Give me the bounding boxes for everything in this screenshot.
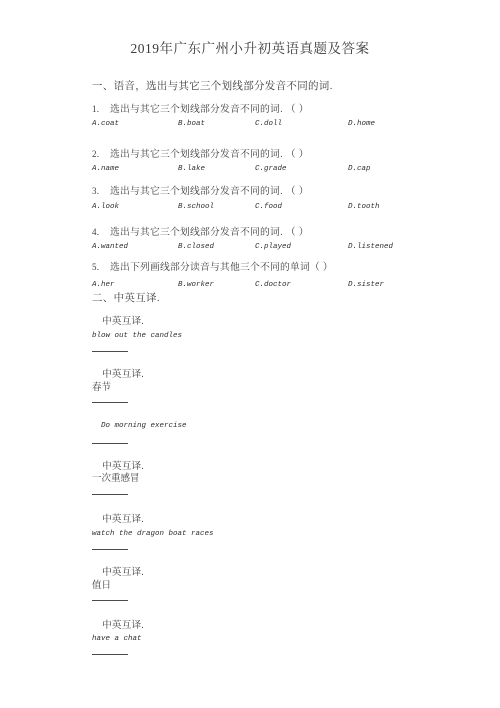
- question-4-line: 4.选出与其它三个划线部分发音不同的词. （ ）: [92, 227, 309, 238]
- option-a: A.wanted: [92, 243, 178, 252]
- option-d: D.listened: [348, 243, 482, 252]
- translation-phrase-zh: 春节: [92, 383, 111, 394]
- translation-phrase-en: Do morning exercise: [101, 422, 187, 431]
- option-c: C.doll: [255, 120, 348, 129]
- question-4-number: 4.: [92, 227, 110, 237]
- option-a: A.coat: [92, 120, 178, 129]
- question-1-number: 1.: [92, 104, 110, 114]
- question-3-number: 3.: [92, 186, 110, 196]
- question-4-prompt: 选出与其它三个划线部分发音不同的词. （ ）: [110, 227, 309, 238]
- question-3-options: A.look B.school C.food D.tooth: [92, 203, 482, 212]
- answer-blank-line: [92, 351, 128, 352]
- answer-blank-line: [92, 443, 128, 444]
- option-c: C.food: [255, 203, 348, 212]
- translation-label: 中英互译.: [102, 514, 144, 525]
- section2-heading: 二、中英互译.: [92, 292, 160, 304]
- question-1-options: A.coat B.boat C.doll D.home: [92, 120, 482, 129]
- option-d: D.sister: [348, 281, 482, 290]
- question-1-line: 1.选出与其它三个划线部分发音不同的词. （ ）: [92, 104, 309, 115]
- question-2-options: A.name B.lake C.grade D.cap: [92, 165, 482, 174]
- exam-document-page: 2019年广东广州小升初英语真题及答案 一、语音，选出与其它三个划线部分发音不同…: [0, 0, 500, 708]
- answer-blank-line: [92, 402, 128, 403]
- question-5-prompt: 选出下列画线部分读音与其他三个不同的单词（ ）: [110, 262, 333, 273]
- translation-phrase-en: blow out the candles: [92, 332, 182, 341]
- translation-label: 中英互译.: [102, 461, 144, 472]
- option-a: A.name: [92, 165, 178, 174]
- option-b: B.worker: [178, 281, 255, 290]
- option-b: B.school: [178, 203, 255, 212]
- translation-phrase-en: watch the dragon boat races: [92, 530, 214, 539]
- option-a: A.her: [92, 281, 178, 290]
- translation-phrase-en: have a chat: [92, 635, 142, 644]
- question-2-line: 2.选出与其它三个划线部分发音不同的词. （ ）: [92, 149, 309, 160]
- option-b: B.closed: [178, 243, 255, 252]
- translation-phrase-zh: 一次重感冒: [92, 474, 140, 485]
- section1-heading: 一、语音，选出与其它三个划线部分发音不同的词.: [92, 80, 333, 92]
- option-d: D.tooth: [348, 203, 482, 212]
- translation-label: 中英互译.: [102, 369, 144, 380]
- option-c: C.played: [255, 243, 348, 252]
- question-2-number: 2.: [92, 149, 110, 159]
- option-a: A.look: [92, 203, 178, 212]
- translation-phrase-zh: 值日: [92, 581, 111, 592]
- option-b: B.lake: [178, 165, 255, 174]
- option-c: C.doctor: [255, 281, 348, 290]
- question-5-options: A.her B.worker C.doctor D.sister: [92, 281, 482, 290]
- question-2-prompt: 选出与其它三个划线部分发音不同的词. （ ）: [110, 149, 309, 160]
- question-3-prompt: 选出与其它三个划线部分发音不同的词. （ ）: [110, 186, 309, 197]
- option-b: B.boat: [178, 120, 255, 129]
- question-1-prompt: 选出与其它三个划线部分发音不同的词. （ ）: [110, 104, 309, 115]
- answer-blank-line: [92, 549, 128, 550]
- translation-label: 中英互译.: [102, 620, 144, 631]
- answer-blank-line: [92, 654, 128, 655]
- option-d: D.cap: [348, 165, 482, 174]
- translation-label: 中英互译.: [102, 316, 144, 327]
- answer-blank-line: [92, 600, 128, 601]
- question-3-line: 3.选出与其它三个划线部分发音不同的词. （ ）: [92, 186, 309, 197]
- option-c: C.grade: [255, 165, 348, 174]
- question-4-options: A.wanted B.closed C.played D.listened: [92, 243, 482, 252]
- answer-blank-line: [92, 494, 128, 495]
- page-title: 2019年广东广州小升初英语真题及答案: [0, 41, 500, 57]
- question-5-line: 5.选出下列画线部分读音与其他三个不同的单词（ ）: [92, 262, 333, 273]
- question-5-number: 5.: [92, 262, 110, 272]
- option-d: D.home: [348, 120, 482, 129]
- translation-label: 中英互译.: [102, 567, 144, 578]
